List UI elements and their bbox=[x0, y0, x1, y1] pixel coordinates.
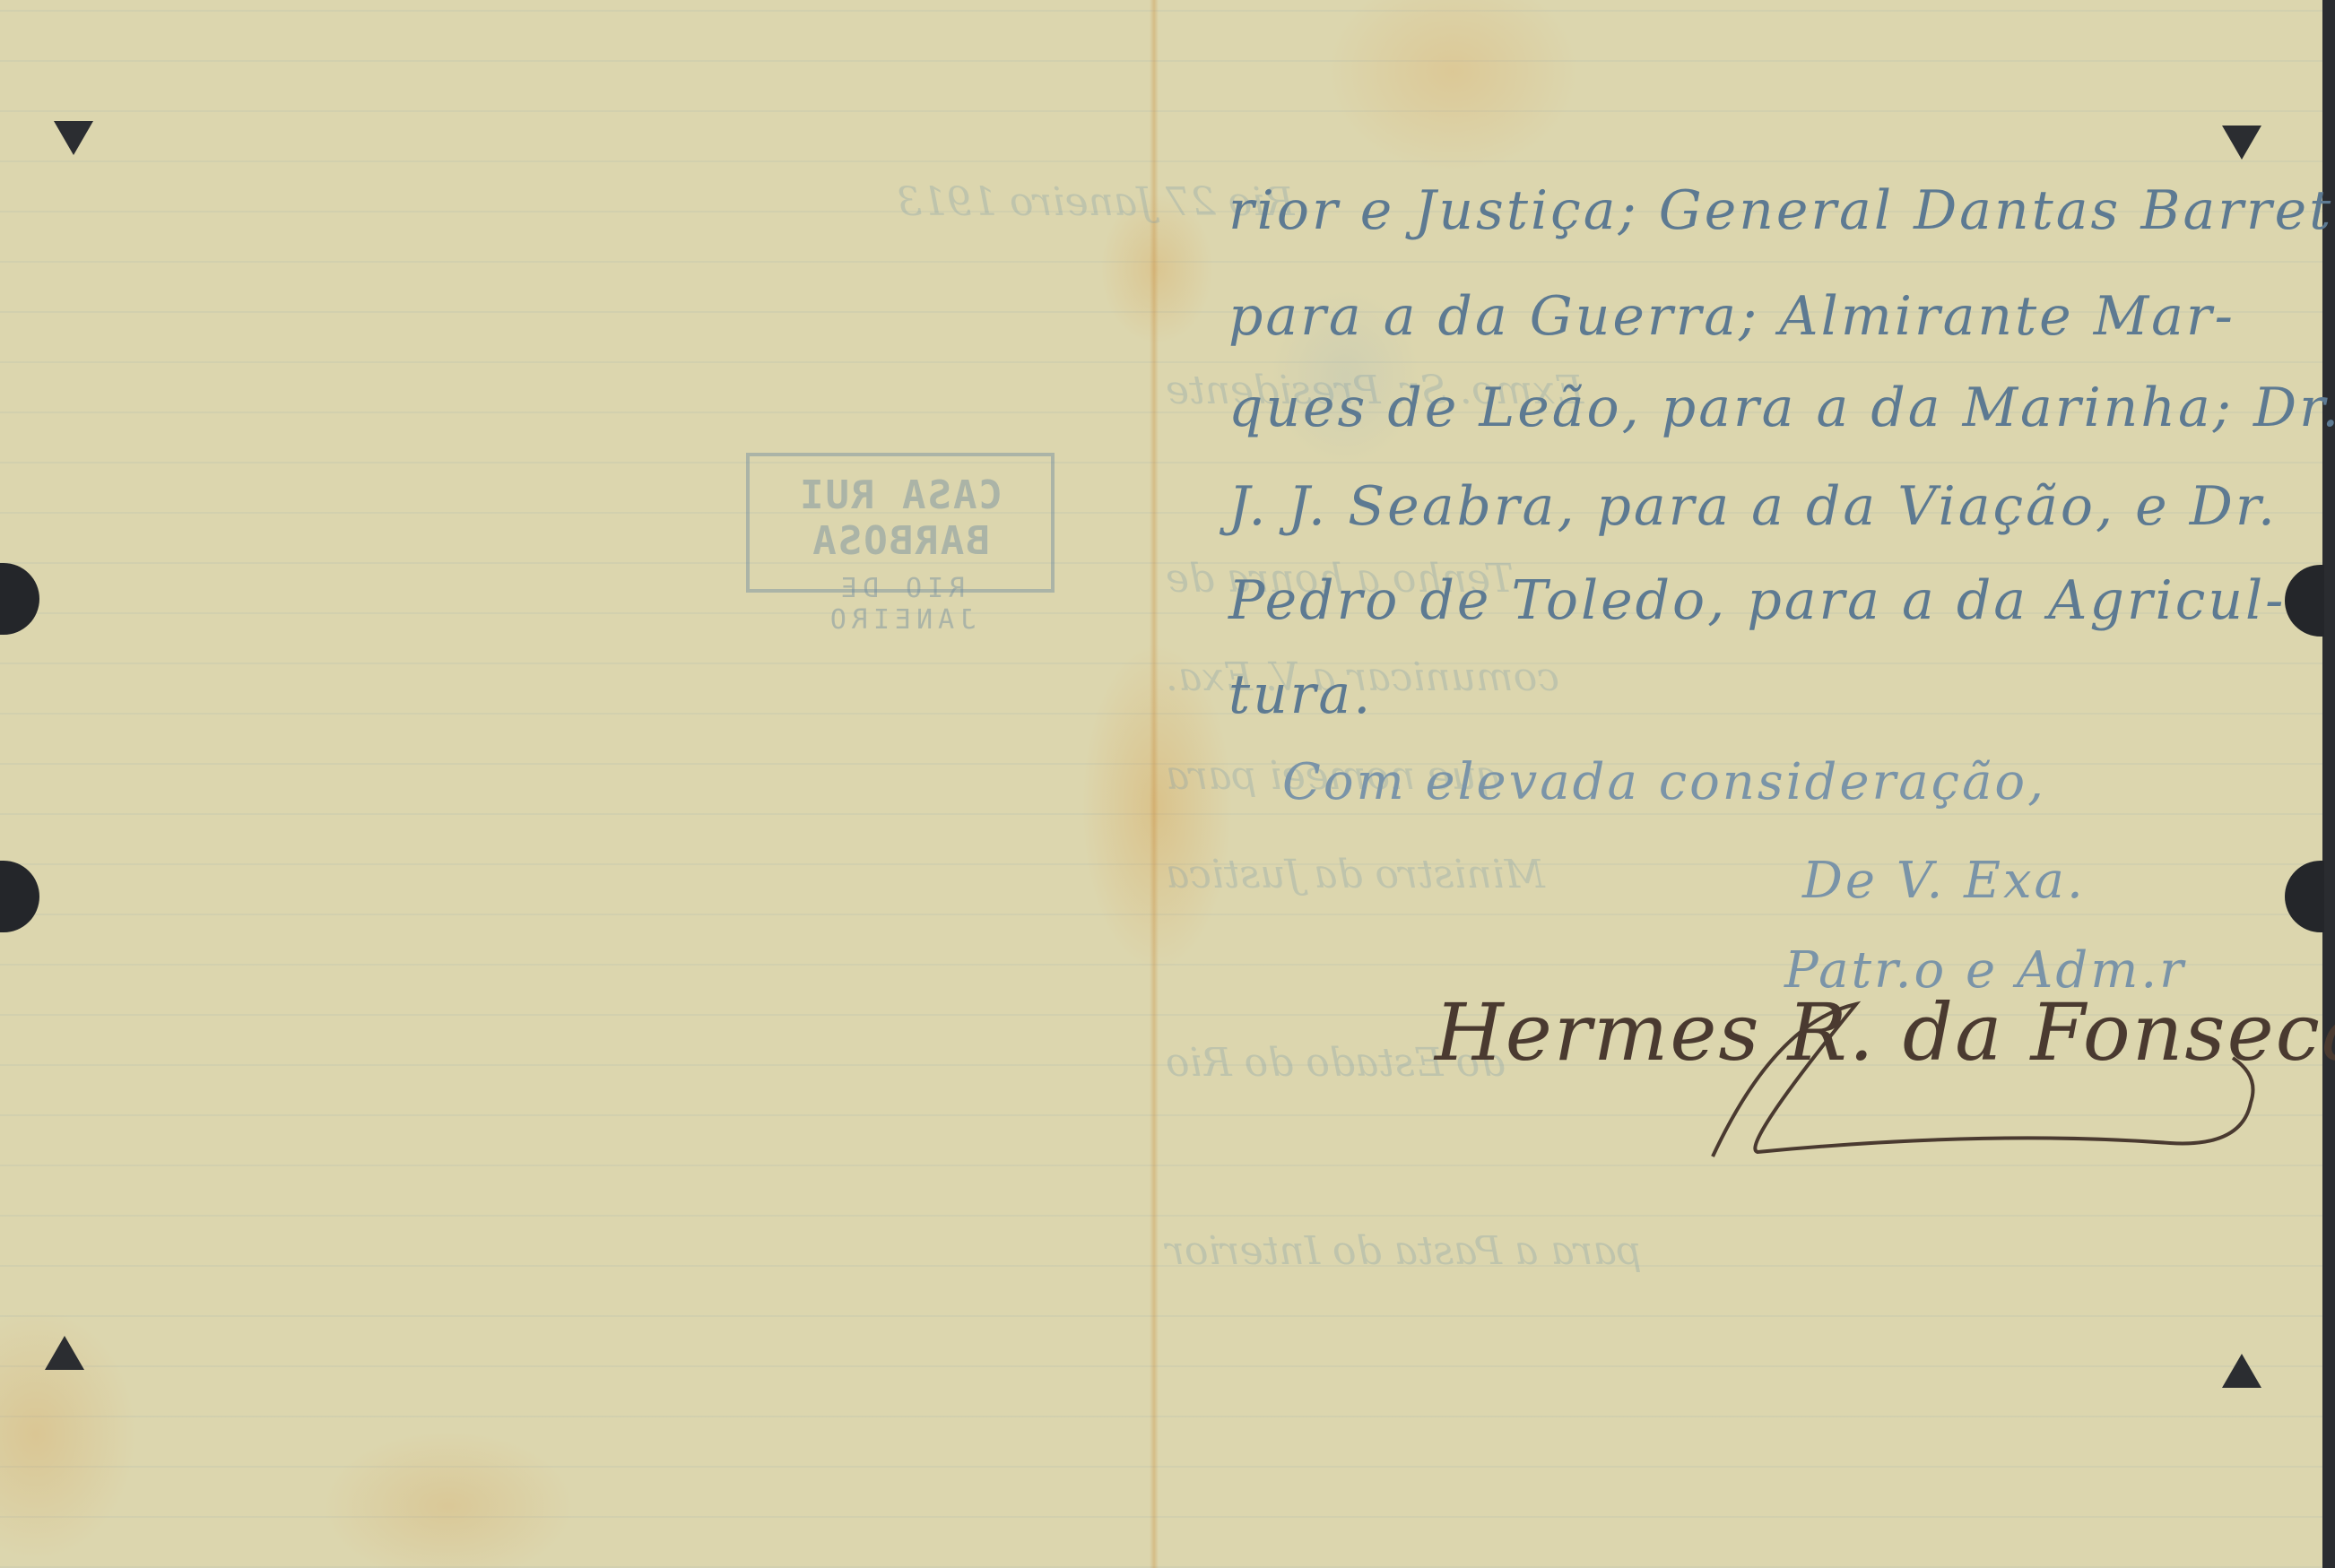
corner-mount-icon bbox=[45, 1336, 84, 1370]
body-line-5: Pedro de Toledo, para a da Agricul- bbox=[1228, 569, 2286, 632]
body-line-1: rior e Justiça; General Dantas Barreto, bbox=[1228, 179, 2335, 242]
valediction-1: De V. Exa. bbox=[1802, 852, 2086, 910]
archive-stamp: CASA RUI BARBOSA RIO DE JANEIRO bbox=[746, 453, 1055, 593]
binding-hole-right-1 bbox=[2285, 565, 2324, 637]
ghost-line: para a Pasta do Interior bbox=[1166, 1228, 1642, 1274]
body-line-4: J. J. Seabra, para a da Viação, e Dr. bbox=[1228, 475, 2278, 538]
letter-sheet: Rio 27 Janeiro 1913 Exmo. Sr. Presidente… bbox=[0, 0, 2322, 1568]
body-line-3: ques de Leão, para a da Marinha; Dr. bbox=[1228, 377, 2335, 439]
signature-flourish-icon bbox=[1704, 968, 2313, 1183]
binding-hole-left-1 bbox=[0, 563, 39, 635]
binding-hole-left-2 bbox=[0, 861, 39, 932]
body-line-2: para a da Guerra; Almirante Mar- bbox=[1228, 285, 2235, 348]
binding-hole-right-2 bbox=[2285, 861, 2324, 932]
corner-mount-icon bbox=[2222, 1354, 2261, 1388]
corner-mount-icon bbox=[2222, 126, 2261, 160]
stamp-line-2: RIO DE JANEIRO bbox=[750, 573, 1051, 636]
closing-line: Com elevada consideração, bbox=[1282, 753, 2046, 811]
body-line-6: tura. bbox=[1228, 663, 1373, 726]
ghost-line: Ministro da Justica bbox=[1166, 852, 1545, 897]
center-fold bbox=[1150, 0, 1159, 1568]
stamp-line-1: CASA RUI BARBOSA bbox=[750, 472, 1051, 564]
corner-mount-icon bbox=[54, 121, 93, 155]
